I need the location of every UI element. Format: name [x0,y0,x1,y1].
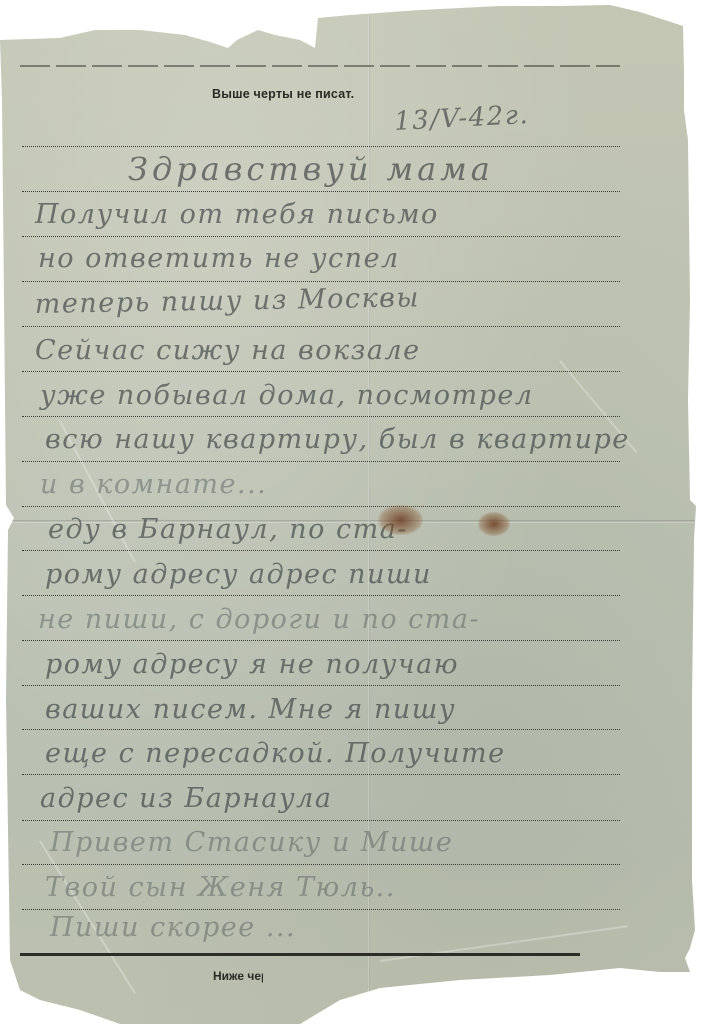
letter-line: адрес из Барнаула [40,783,332,814]
ruled-line [22,685,620,686]
letter-line: Получил от тебя письмо [35,199,439,230]
bottom-rule [20,953,580,956]
letter-line: всю нашу квартиру, был в квартире [45,424,630,455]
letter-line: еще с пересадкой. Получите [45,738,506,769]
letter-line: но ответить не успел [38,243,400,274]
printed-header: Выше черты не писат. [212,87,354,101]
letter-line: ваших писем. Мне я пишу [45,694,456,725]
letter-line: теперь пишу из Москвы [34,282,420,320]
ruled-line [22,640,620,641]
ruled-line [22,146,620,147]
letter-greeting: Здравствуй мама [128,150,494,188]
ruled-line [22,326,620,327]
ruled-line [22,550,620,551]
paper-crease [380,925,628,961]
ruled-line [22,506,620,507]
letter-paper: Выше черты не писат. 13/V-42г. Здравству… [0,0,708,1024]
letter-line: Сейчас сижу на вокзале [35,335,421,366]
ruled-line [22,461,620,462]
top-rule [20,65,620,67]
letter-line: рому адресу я не получаю [45,649,459,680]
ruled-line [22,281,620,282]
letter-line: еду в Барнаул, по ста- [48,514,408,545]
ruled-line [22,371,620,372]
rust-stain [478,512,510,536]
ruled-line [22,864,620,865]
letter-line: и в комнате... [40,469,267,500]
letter-line: уже побывал дома, посмотрел [40,380,534,411]
rust-stain [378,505,423,535]
ruled-line [22,191,620,192]
ruled-line [22,416,620,417]
letter-date: 13/V-42г. [393,100,529,137]
ruled-line [22,595,620,596]
letter-line: не пиши, с дороги и по ста- [38,604,480,635]
letter-line: Пиши скорее ... [50,912,296,943]
letter-line: Твой сын Женя Тюль.. [45,872,396,903]
letter-line: Привет Стасику и Мише [50,827,453,858]
ruled-line [22,774,620,775]
ruled-line [22,909,620,910]
ruled-line [22,236,620,237]
ruled-line [22,729,620,730]
ruled-line [22,820,620,821]
printed-footer: Ниже черты [213,969,263,983]
letter-line: рому адресу адрес пиши [45,559,432,590]
